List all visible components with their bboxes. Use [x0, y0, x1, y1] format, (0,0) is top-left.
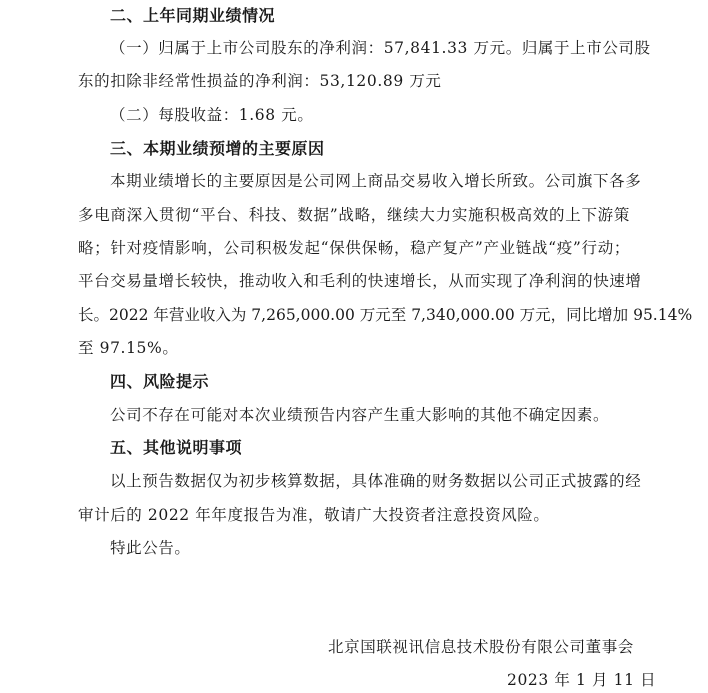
paragraph-line: 东的扣除非经常性损益的净利润：53,120.89 万元 — [78, 71, 442, 91]
paragraph-line: 本期业绩增长的主要原因是公司网上商品交易收入增长所致。公司旗下各多 — [110, 171, 630, 191]
paragraph-line: （二）每股收益：1.68 元。 — [110, 105, 313, 125]
paragraph-line: 公司不存在可能对本次业绩预告内容产生重大影响的其他不确定因素。 — [110, 405, 609, 425]
paragraph-line: 多电商深入贯彻“平台、科技、数据”战略，继续大力实施积极高效的上下游策 — [78, 205, 630, 225]
signature-company: 北京国联视讯信息技术股份有限公司董事会 — [328, 637, 634, 657]
section-heading-prior-year: 二、上年同期业绩情况 — [110, 6, 275, 26]
paragraph-line: 特此公告。 — [110, 538, 191, 558]
paragraph-line: 平台交易量增长较快，推动收入和毛利的快速增长，从而实现了净利润的快速增 — [78, 271, 630, 291]
paragraph-line: 长。2022 年营业收入为 7,265,000.00 万元至 7,340,000… — [78, 305, 630, 325]
section-heading-risk: 四、风险提示 — [110, 372, 209, 392]
section-heading-reasons: 三、本期业绩预增的主要原因 — [110, 139, 325, 159]
paragraph-line: 以上预告数据仅为初步核算数据，具体准确的财务数据以公司正式披露的经 — [110, 471, 630, 491]
section-heading-other: 五、其他说明事项 — [110, 438, 242, 458]
paragraph-line: 至 97.15%。 — [78, 338, 178, 358]
signature-date: 2023 年 1 月 11 日 — [507, 670, 656, 690]
paragraph-line: 略；针对疫情影响，公司积极发起“保供保畅，稳产复产”产业链战“疫”行动； — [78, 238, 630, 258]
paragraph-line: （一）归属于上市公司股东的净利润：57,841.33 万元。归属于上市公司股 — [110, 38, 630, 58]
paragraph-line: 审计后的 2022 年年度报告为准，敬请广大投资者注意投资风险。 — [78, 505, 550, 525]
